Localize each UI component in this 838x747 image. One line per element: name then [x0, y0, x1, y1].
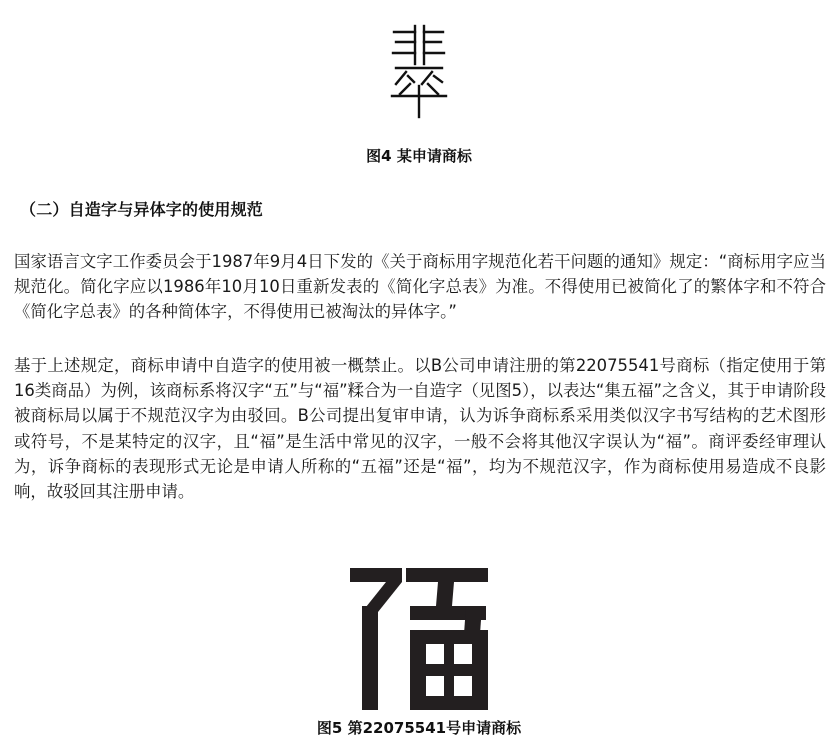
paragraph-case-example: 基于上述规定，商标申请中自造字的使用被一概禁止。以B公司申请注册的第220755… — [14, 353, 826, 504]
figure-4-caption: 图4 某申请商标 — [0, 145, 838, 166]
wu-fu-glyph-icon — [348, 560, 490, 710]
figure-5-caption: 图5 第22075541号申请商标 — [0, 717, 838, 738]
section-heading: （二）自造字与异体字的使用规范 — [20, 197, 263, 220]
fei-zu-glyph-icon — [388, 20, 450, 120]
figure-4-trademark-image — [0, 18, 838, 122]
figure-5-trademark-image — [0, 560, 838, 710]
paragraph-regulation-quote: 国家语言文字工作委员会于1987年9月4日下发的《关于商标用字规范化若干问题的通… — [14, 249, 826, 325]
